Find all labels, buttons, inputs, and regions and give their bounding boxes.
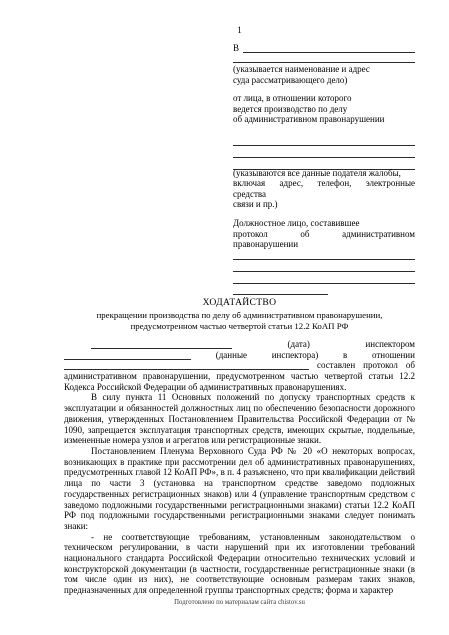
body-word: протокол bbox=[363, 360, 398, 371]
page-footer-note: Подготовлено по материалам сайта chistov… bbox=[64, 598, 415, 609]
document-body: (дата) инспектором (данные инспектора) в… bbox=[64, 339, 415, 596]
applicant-note-line: (указываются все данные подателя жалобы, bbox=[233, 168, 415, 178]
paragraph-4-list-item: - не соответствующие требованиям, устано… bbox=[64, 532, 415, 596]
official-block: Должностное лицо, составившее протокол о… bbox=[233, 218, 415, 250]
official-line: Должностное лицо, составившее bbox=[233, 218, 415, 229]
applicant-role-line: ведется производство по делу bbox=[233, 104, 415, 115]
court-name-field-line-2[interactable] bbox=[233, 53, 415, 63]
paragraph-2: В силу пункта 11 Основных положений по д… bbox=[64, 392, 415, 446]
official-details-line-2[interactable] bbox=[233, 260, 415, 272]
body-word: составлен bbox=[317, 360, 355, 371]
paragraph-1-line-3: составлен протокол об bbox=[64, 360, 415, 371]
body-word: отношении bbox=[372, 350, 415, 361]
paragraph-1-line-2: (данные инспектора) в отношении bbox=[64, 350, 415, 361]
paragraph-3: Постановлением Пленума Верховного Суда Р… bbox=[64, 446, 415, 532]
applicant-note-line: включая адрес, телефон, электронные bbox=[233, 178, 415, 188]
official-details-fields bbox=[233, 248, 415, 295]
applicant-note-line: средства bbox=[233, 189, 415, 199]
document-subtitle-line: прекращении производства по делу об адми… bbox=[64, 310, 415, 321]
applicant-role-line: об административном правонарушении bbox=[233, 114, 415, 125]
document-subtitle: прекращении производства по делу об адми… bbox=[64, 310, 415, 331]
date-field[interactable] bbox=[91, 339, 232, 349]
document-page: 1 В (указывается наименование и адрес су… bbox=[0, 0, 449, 635]
person-name-field[interactable] bbox=[64, 360, 309, 370]
paragraph-1-rest: административном правонарушении, предусм… bbox=[64, 371, 415, 392]
inspector-word: инспектором bbox=[365, 339, 415, 350]
paragraph-1-line-1: (дата) инспектором bbox=[64, 339, 415, 350]
official-details-line-4[interactable] bbox=[233, 284, 328, 295]
inspector-details-field[interactable] bbox=[64, 350, 191, 360]
court-note-line: (указывается наименование и адрес bbox=[233, 64, 415, 75]
applicant-note-line: связи и пр.) bbox=[233, 199, 415, 209]
body-word: об bbox=[406, 360, 415, 371]
official-line: протокол об административном bbox=[233, 229, 415, 240]
court-note: (указывается наименование и адрес суда р… bbox=[233, 64, 415, 85]
applicant-details-line-2[interactable] bbox=[233, 146, 415, 158]
date-caption: (дата) bbox=[288, 339, 310, 350]
applicant-role-line: от лица, в отношении которого bbox=[233, 93, 415, 104]
official-details-line-3[interactable] bbox=[233, 272, 415, 284]
court-name-field[interactable] bbox=[243, 42, 415, 53]
applicant-note: (указываются все данные подателя жалобы,… bbox=[233, 168, 415, 210]
document-title: ХОДАТАЙСТВО bbox=[64, 298, 415, 309]
court-note-line: суда рассматривающего дело) bbox=[233, 75, 415, 86]
applicant-role-block: от лица, в отношении которого ведется пр… bbox=[233, 93, 415, 125]
inspector-caption-word: (данные bbox=[216, 350, 247, 361]
applicant-details-fields bbox=[233, 134, 415, 170]
page-number: 1 bbox=[64, 25, 415, 36]
court-prefix-label: В bbox=[233, 43, 243, 54]
official-details-line-1[interactable] bbox=[233, 248, 415, 260]
court-address-block: В bbox=[233, 42, 415, 53]
document-subtitle-line: предусмотренном частью четвертой статьи … bbox=[64, 321, 415, 332]
applicant-details-line-1[interactable] bbox=[233, 134, 415, 146]
body-word: в bbox=[343, 350, 347, 361]
inspector-caption-word: инспектора) bbox=[272, 350, 319, 361]
